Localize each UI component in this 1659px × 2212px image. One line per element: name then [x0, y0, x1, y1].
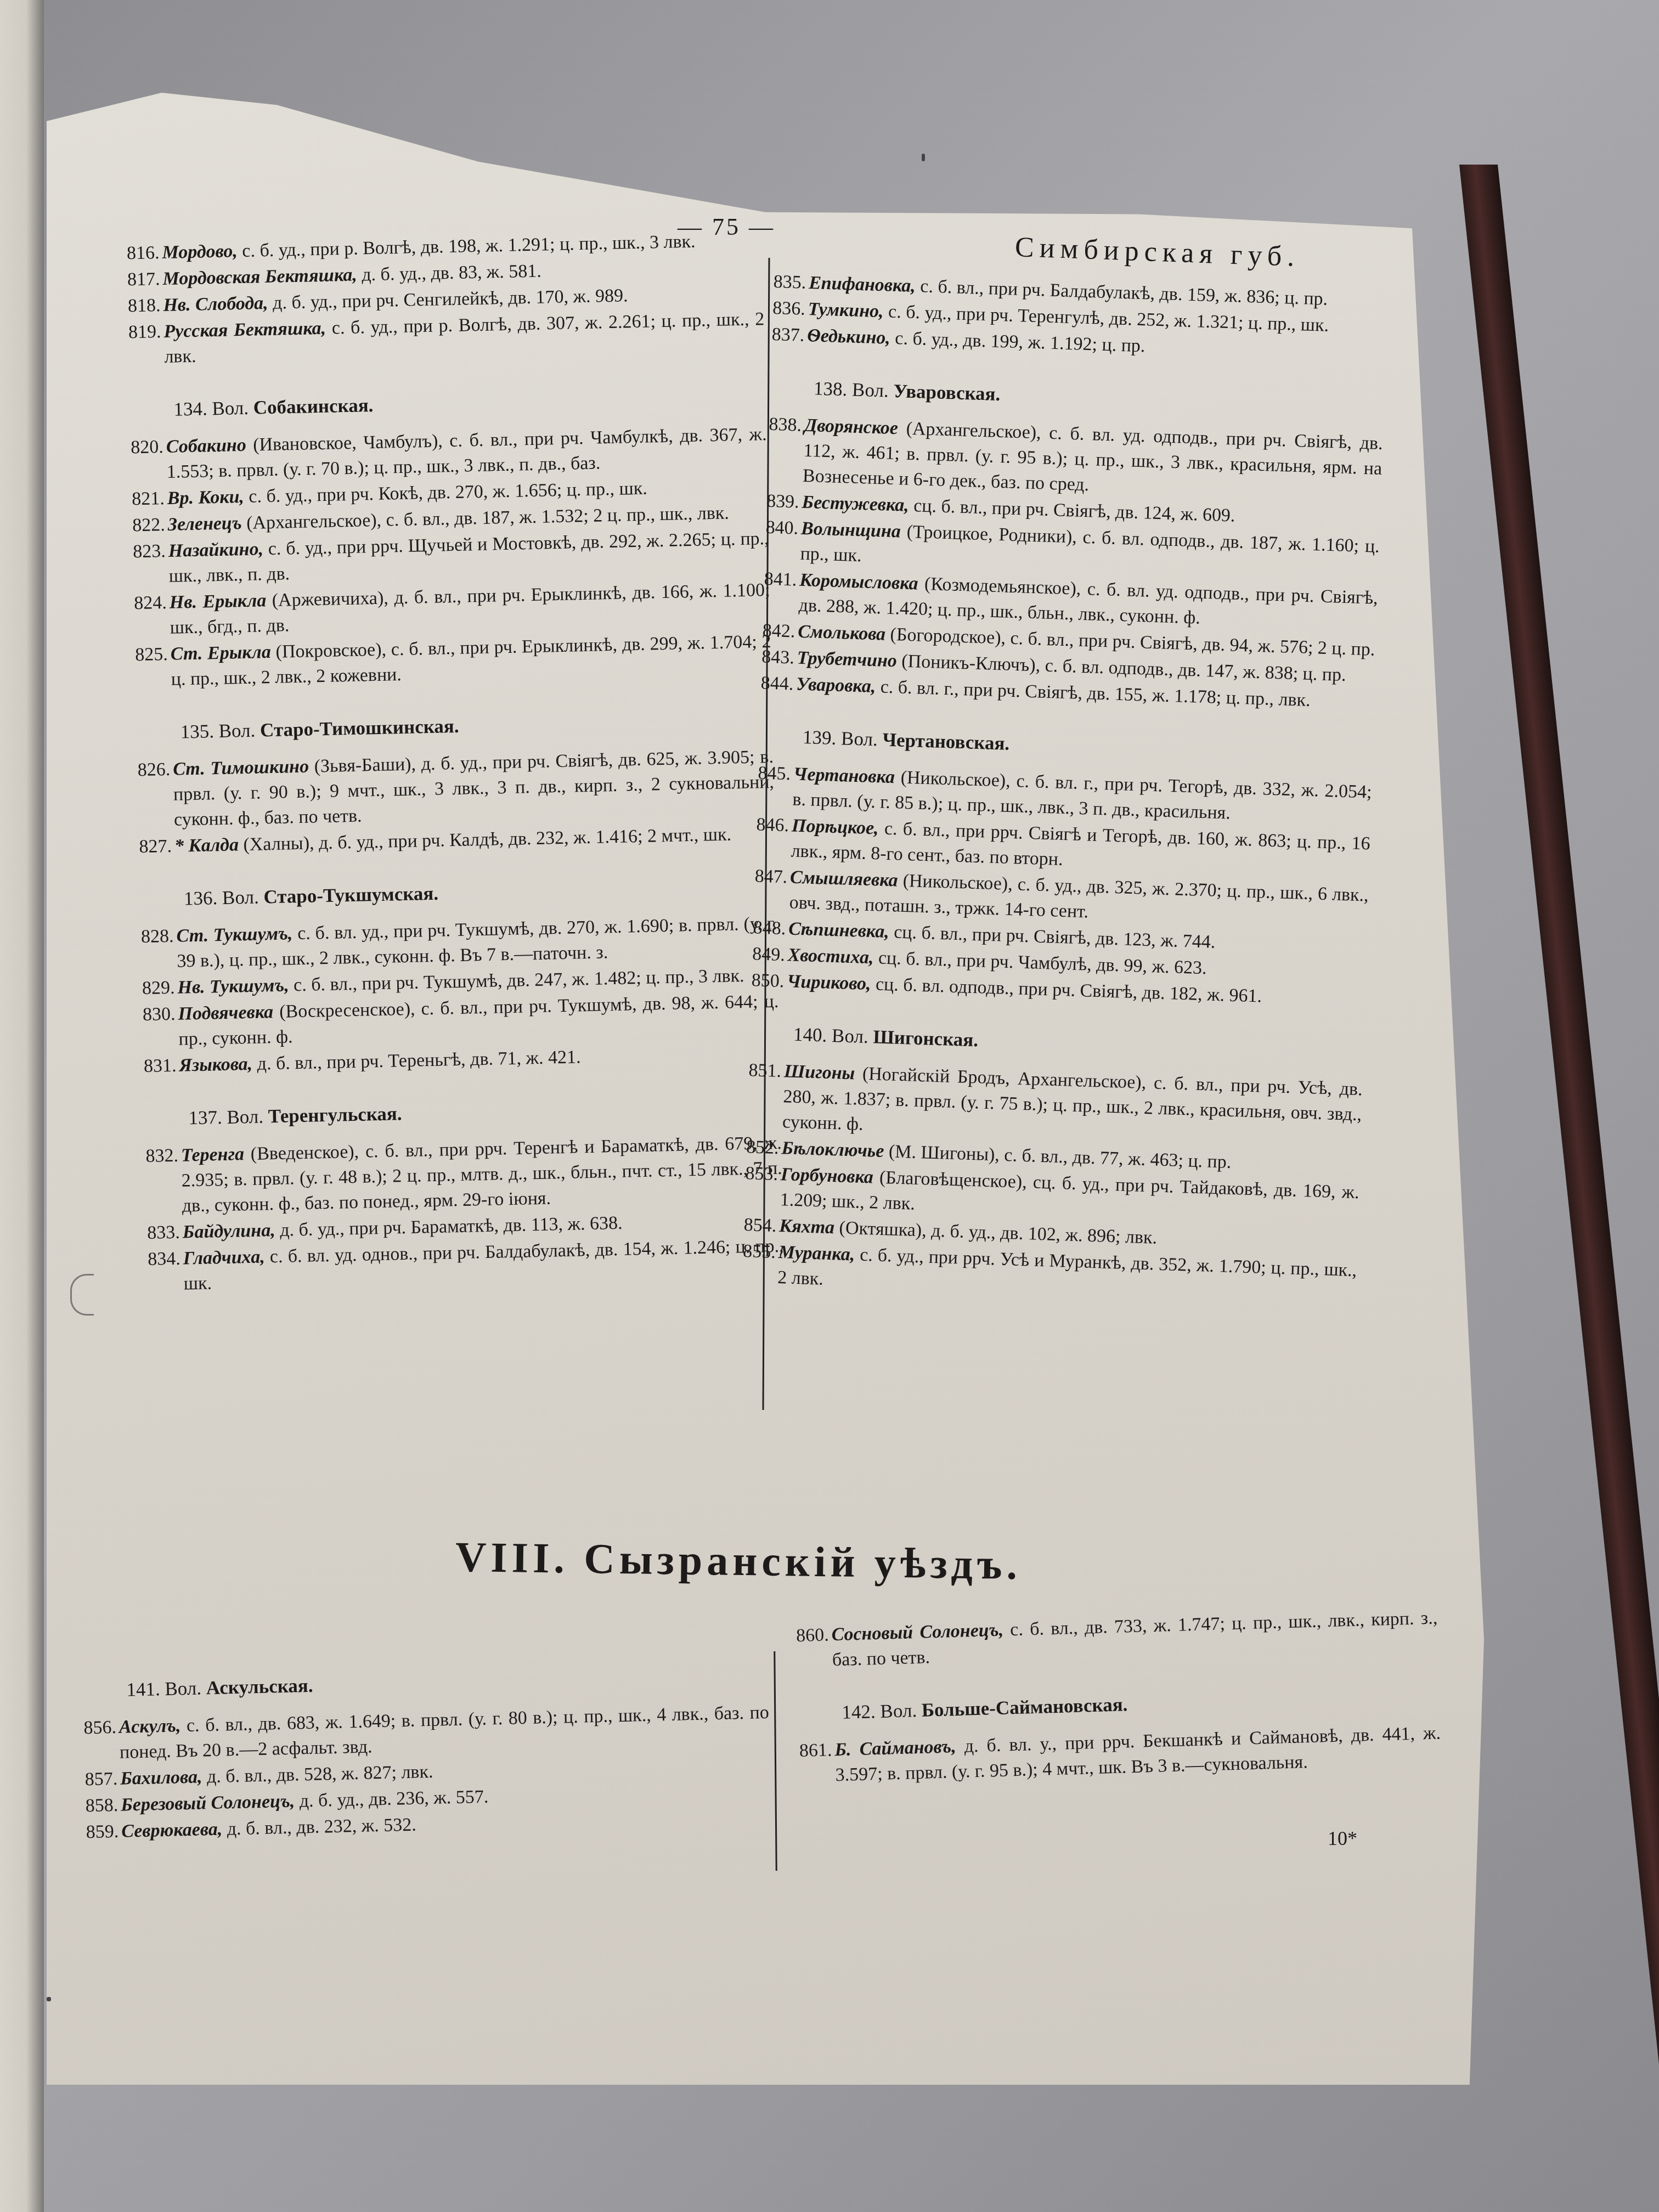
settlement-name: Тумкино, — [808, 299, 884, 321]
settlement-name: Бахилова, — [120, 1767, 202, 1788]
settlement-name: Смышляевка — [790, 867, 899, 890]
entry-number: 826. — [121, 757, 173, 783]
volost-heading: 137. Вол. Теренгульская. — [188, 1093, 781, 1131]
settlement-name: Байдулина, — [182, 1220, 275, 1243]
settlement-name: Нв. Тукшумъ, — [177, 975, 289, 997]
entry-number: 832. — [128, 1143, 181, 1170]
paper-speck — [922, 154, 925, 161]
entry-number: 831. — [127, 1053, 179, 1080]
settlement-name: Гладчиха, — [183, 1246, 265, 1268]
entry-number: 830. — [126, 1002, 178, 1028]
entry-number: 833. — [130, 1220, 183, 1246]
volost-heading: 138. Вол. Уваровская. — [813, 376, 1384, 419]
entry-number: 839. — [749, 488, 802, 515]
entry-number: 845. — [741, 760, 793, 787]
settlement-name: Чириково, — [787, 971, 872, 994]
entry-number: 854. — [727, 1212, 780, 1239]
settlement-name: Муранка, — [778, 1242, 855, 1265]
settlement-name: Теренга — [181, 1144, 245, 1165]
entry-number: 843. — [744, 644, 797, 671]
entry-number: 848. — [736, 915, 789, 941]
entry-details: с. б. вл. уд. однов., при рч. Балдабулак… — [183, 1236, 784, 1294]
settlement-name: Ст. Тукшумъ, — [176, 923, 293, 946]
entry-number: 829. — [125, 975, 178, 1002]
settlement-name: Подвячевка — [178, 1002, 273, 1024]
entry-details: д. б. уд., при рч. Сенгилейкѣ, дв. 170, … — [268, 285, 628, 313]
settlement-name: Нв. Ерыкла — [169, 590, 266, 613]
settlement-name: Аскулъ, — [119, 1716, 181, 1737]
entry-number: 846. — [739, 812, 792, 839]
settlement-name: Назайкино, — [168, 539, 263, 561]
entry-details: (Ивановское, Чамбулъ), с. б. вл., при рч… — [166, 424, 767, 482]
entry-number: 840. — [748, 515, 801, 541]
entry-number: 858. — [69, 1793, 121, 1819]
settlement-name: Дворянское — [804, 415, 898, 438]
entry-number: 842. — [746, 618, 798, 645]
settlement-name: Чертановка — [793, 764, 895, 788]
settlement-name: Трубетчино — [797, 648, 897, 672]
volost-heading: 134. Вол. Собакинская. — [173, 385, 766, 422]
settlement-name: Бестужевка, — [802, 492, 909, 516]
entry-number: 824. — [117, 590, 170, 617]
settlement-name: Мордово, — [162, 241, 238, 263]
gazetteer-entry: 832.Теренга (Введенское), с. б. вл., при… — [128, 1131, 783, 1220]
entry-number: 844. — [744, 670, 797, 697]
volost-groups: 134. Вол. Собакинская.820.Собакино (Иван… — [113, 385, 785, 1298]
signature-mark: 10* — [1328, 1827, 1357, 1850]
entry-number: 857. — [68, 1767, 121, 1793]
entry-number: 860. — [779, 1622, 832, 1649]
adjacent-page-edge — [0, 0, 44, 2212]
volost-heading: 136. Вол. Старо-Тукшумская. — [184, 874, 777, 912]
entry-details: (Введенское), с. б. вл., при ррч. Теренг… — [181, 1133, 782, 1216]
entry-details: д. б. уд., дв. 236, ж. 557. — [295, 1787, 489, 1812]
volost-groups: 138. Вол. Уваровская.838.Дворянское (Арх… — [725, 374, 1385, 1308]
entry-details: д. б. вл., дв. 232, ж. 532. — [222, 1815, 416, 1839]
entry-number: 856. — [67, 1715, 120, 1741]
entry-number: 822. — [115, 512, 168, 539]
settlement-name: Сѣпшневка, — [788, 918, 890, 942]
settlement-name: Русская Бектяшка, — [163, 318, 326, 342]
entry-details: д. б. вл., дв. 528, ж. 827; лвк. — [202, 1762, 433, 1787]
settlement-name: Б. Саймановъ, — [834, 1736, 956, 1760]
settlement-name: Бѣлоключье — [781, 1138, 884, 1161]
settlement-name: Мордовская Бектяшка, — [162, 265, 357, 289]
settlement-name: Порѣцкое, — [792, 815, 879, 838]
entry-number: 855. — [726, 1238, 778, 1265]
entry-number: 859. — [69, 1819, 122, 1846]
volost-heading: 135. Вол. Старо-Тимошкинская. — [180, 707, 773, 745]
settlement-name: Кяхта — [779, 1216, 835, 1238]
entry-number: 821. — [115, 486, 167, 512]
entry-number: 838. — [752, 411, 804, 438]
entry-number: 837. — [755, 321, 808, 348]
settlement-name: Ѳедькино, — [807, 325, 891, 348]
settlement-name: Епифановка, — [809, 273, 916, 296]
entry-number: 853. — [728, 1160, 781, 1187]
entry-details: (Ногайскій Бродъ, Архангельское), с. б. … — [782, 1063, 1363, 1135]
entries-top: 816.Мордово, с. б. уд., при р. Волгѣ, дв… — [110, 228, 765, 371]
volost-heading: 142. Вол. Больше-Саймановская. — [842, 1683, 1440, 1725]
entry-number: 850. — [735, 967, 787, 994]
settlement-name: Зеленецъ — [167, 513, 242, 535]
entry-details: с. б. уд., дв. 199, ж. 1.192; ц. пр. — [890, 328, 1145, 357]
volost-heading: 139. Вол. Чертановская. — [802, 725, 1373, 768]
volost-heading: 140. Вол. Шигонская. — [793, 1022, 1364, 1065]
uezd-left-column: 141. Вол. Аскульская. 856.Аскулъ, с. б. … — [66, 1663, 772, 1847]
uezd-title: VIII. Сызранскій уѣздъ. — [455, 1532, 1022, 1589]
pencil-bracket-mark — [70, 1274, 94, 1316]
entry-number: 828. — [124, 924, 177, 950]
entry-number: 835. — [757, 269, 809, 296]
entry-details: д. б. вл., при рч. Тереньгѣ, дв. 71, ж. … — [252, 1047, 581, 1074]
settlement-name: Вр. Коки, — [167, 487, 244, 509]
entry-number: 816. — [110, 240, 162, 267]
settlement-name: Ст. Ерыкла — [170, 642, 271, 664]
entry-number: 849. — [735, 941, 788, 968]
settlement-name: Коромысловка — [799, 570, 919, 594]
settlement-name: Языкова, — [179, 1054, 252, 1076]
entry-number: 851. — [731, 1057, 784, 1084]
entry-number: 818. — [111, 293, 163, 319]
settlement-name: Собакино — [166, 435, 246, 457]
settlement-name: Уваровка, — [796, 674, 876, 697]
entry-number: 817. — [110, 267, 163, 293]
entry-number: 823. — [116, 539, 168, 565]
entry-number: 825. — [118, 642, 171, 668]
entry-number: 852. — [729, 1134, 782, 1161]
entry-number: 820. — [114, 435, 166, 461]
settlement-name: Горбуновка — [781, 1164, 874, 1187]
settlement-name: Хвостиха, — [787, 945, 874, 968]
gazetteer-entry: 826.Ст. Тимошкино (Зьвя-Баши), д. б. уд.… — [121, 744, 775, 834]
entry-number: 834. — [131, 1246, 183, 1273]
settlement-name: * Калда — [174, 834, 239, 856]
entry-number: 827. — [122, 834, 175, 860]
book-binding-edge — [1459, 165, 1659, 2074]
entry-number: 836. — [755, 295, 808, 322]
right-column: 835.Епифановка, с. б. вл., при рч. Балда… — [725, 269, 1388, 1310]
entry-number: 847. — [738, 863, 791, 890]
entry-details: с. б. уд., при рч. Кокѣ, дв. 270, ж. 1.6… — [244, 478, 648, 507]
entry-number: 819. — [111, 319, 164, 346]
settlement-name: Березовый Солонецъ, — [121, 1791, 295, 1815]
settlement-name: Шигоны — [783, 1061, 855, 1084]
entry-number: 841. — [747, 566, 800, 593]
entry-details: д. б. уд., дв. 83, ж. 581. — [357, 261, 541, 285]
uezd-right-column: 860.Сосновый Солонецъ, с. б. вл., дв. 73… — [779, 1605, 1442, 1790]
settlement-name: Ст. Тимошкино — [173, 757, 309, 780]
settlement-name: Сосновый Солонецъ, — [831, 1620, 1004, 1645]
entry-number: 861. — [782, 1737, 835, 1764]
settlement-name: Смолькова — [798, 622, 886, 645]
paper-speck — [47, 1997, 51, 2001]
settlement-name: Волынщина — [801, 518, 901, 542]
entry-details: д. б. уд., при рч. Бараматкѣ, дв. 113, ж… — [275, 1213, 623, 1240]
settlement-name: Нв. Слобода, — [163, 293, 268, 315]
settlement-name: Севрюкаева, — [121, 1819, 223, 1842]
left-column: 816.Мордово, с. б. уд., при р. Волгѣ, дв… — [110, 228, 785, 1299]
